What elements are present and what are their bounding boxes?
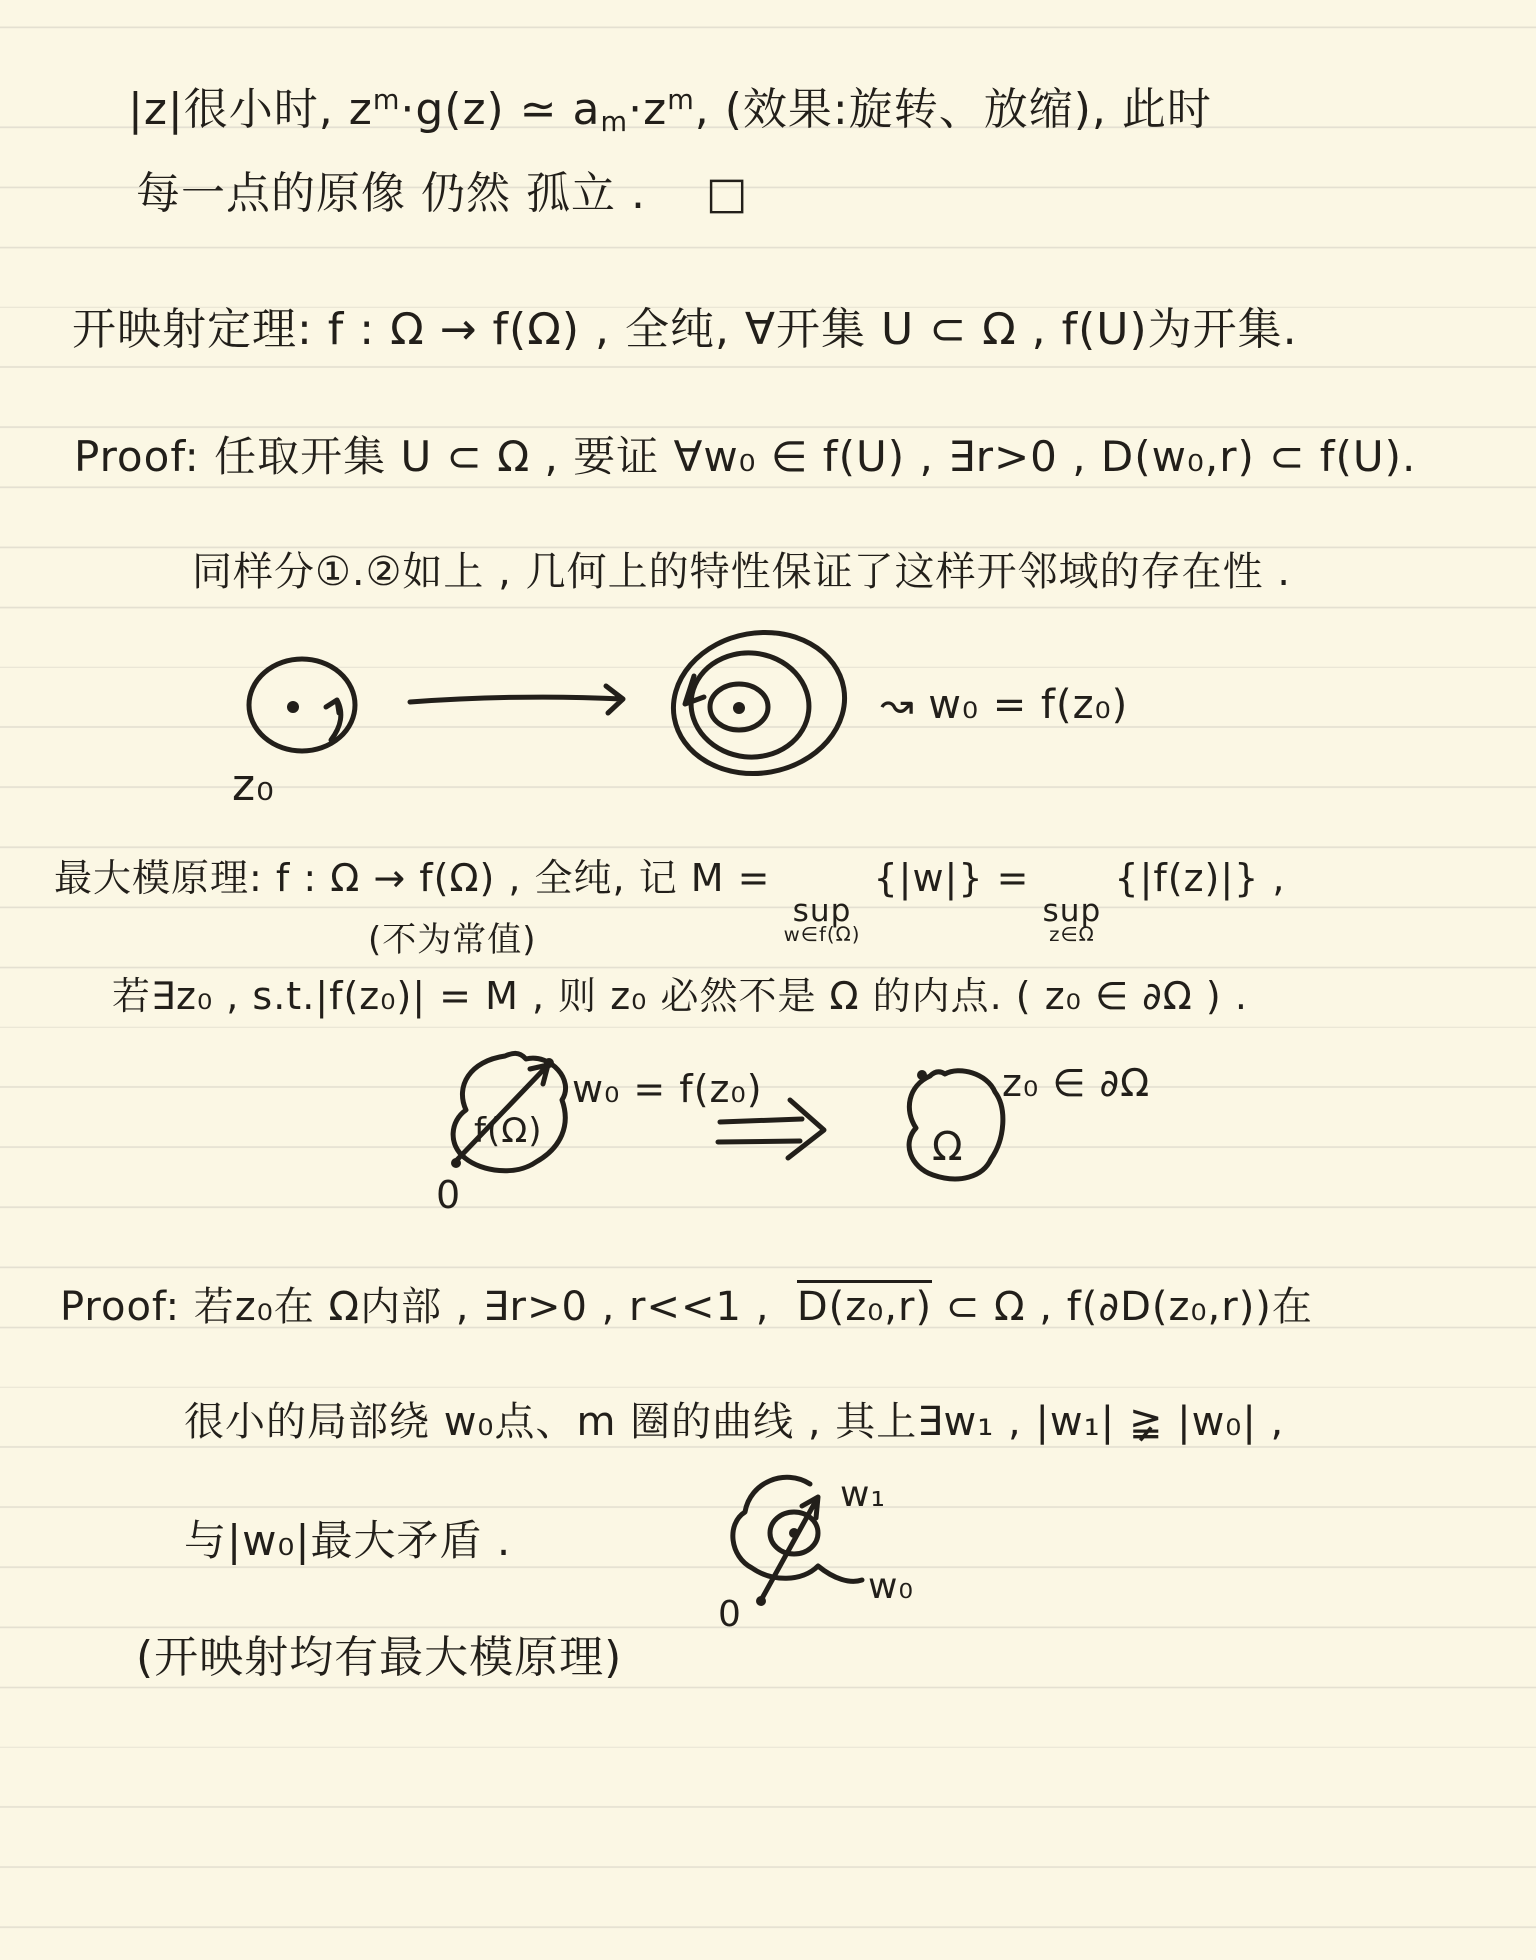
w1-label: w₁ (840, 1474, 886, 1515)
stack-bottom: z∈Ω (1049, 926, 1095, 945)
stack-top: sup (793, 897, 852, 927)
note-line-9: 很小的局部绕 w₀点、m 圈的曲线 , 其上∃w₁ , |w₁| ≩ |w₀| … (184, 1400, 1284, 1444)
origin-point (756, 1596, 766, 1606)
text-segment: {|f(z)|} , (1101, 856, 1285, 900)
stack-top: sup (1043, 897, 1102, 927)
text-segment: |z|很小时, z (128, 84, 373, 135)
w0-label: w₀ (868, 1566, 914, 1607)
z0-label: z₀ (232, 760, 275, 811)
note-line-11: (开映射均有最大模原理) (136, 1634, 622, 1682)
text-segment: (开映射均有最大模原理) (136, 1632, 622, 1683)
figure-winding-curve: 0 w₁ w₀ (690, 1462, 1030, 1642)
z0-in-boundary-label: z₀ ∈ ∂Ω (1002, 1061, 1150, 1105)
z0-point (287, 701, 299, 713)
note-line-7: 若∃z₀ , s.t.|f(z₀)| = M , 则 z₀ 必然不是 Ω 的内点… (112, 976, 1248, 1018)
text-segment: {|w|} = (860, 856, 1042, 900)
note-line-1: |z|很小时, zm·g(z) ≃ am·zm, (效果:旋转、放缩), 此时 (128, 86, 1212, 138)
text-segment: (不为常值) (368, 920, 537, 960)
text-segment: 每一点的原像 仍然 孤立 . □ (136, 168, 748, 219)
text-segment: ⊂ Ω , f(∂D(z₀,r))在 (932, 1284, 1313, 1330)
note-line-3: 开映射定理: f : Ω → f(Ω) , 全纯, ∀开集 U ⊂ Ω , f(… (72, 306, 1298, 354)
note-line-8: Proof: 若z₀在 Ω内部 , ∃r>0 , r<<1 , D(z₀,r) … (60, 1280, 1313, 1329)
text-segment: Proof: 任取开集 U ⊂ Ω , 要证 ∀w₀ ∈ f(U) , ∃r>0… (74, 432, 1416, 481)
origin-label: 0 (718, 1594, 742, 1635)
w0-boundary-point (544, 1058, 554, 1068)
z0-boundary-point (917, 1070, 927, 1080)
text-segment: ·z (628, 84, 667, 135)
image-middle-loop (686, 647, 814, 763)
text-segment: m (373, 85, 401, 116)
text-segment: m (667, 85, 695, 116)
text-segment: 与|w₀|最大矛盾 . (184, 1516, 511, 1565)
omega-label: Ω (932, 1124, 964, 1170)
text-segment: D(z₀,r) (797, 1280, 932, 1327)
text-segment: 同样分①.②如上 , 几何上的特性保证了这样开邻域的存在性 . (192, 549, 1291, 595)
note-line-4: Proof: 任取开集 U ⊂ Ω , 要证 ∀w₀ ∈ f(U) , ∃r>0… (74, 434, 1416, 480)
figure-max-modulus: f(Ω) 0 w₀ = f(z₀) Ω z₀ ∈ ∂Ω (430, 1040, 1230, 1230)
w0-equals-fz0-label: ↝ w₀ = f(z₀) (880, 682, 1128, 728)
w0-equals-fz0-label: w₀ = f(z₀) (572, 1067, 763, 1111)
text-segment: , (效果:旋转、放缩), 此时 (695, 84, 1212, 135)
note-line-10: 与|w₀|最大矛盾 . (184, 1518, 511, 1564)
note-line-5: 同样分①.②如上 , 几何上的特性保证了这样开邻域的存在性 . (192, 550, 1291, 594)
text-segment: supw∈f(Ω) (784, 897, 861, 945)
text-segment: m (601, 107, 629, 138)
notebook-page: { "palette": { "paper": "#FBF7E4", "rule… (0, 0, 1536, 1960)
text-segment: 若∃z₀ , s.t.|f(z₀)| = M , 则 z₀ 必然不是 Ω 的内点… (112, 974, 1248, 1018)
stack-bottom: w∈f(Ω) (784, 926, 861, 945)
text-segment: supz∈Ω (1043, 897, 1102, 945)
text-segment: 最大模原理: f : Ω → f(Ω) , 全纯, 记 M = (54, 856, 784, 900)
origin-point (451, 1158, 461, 1168)
disk-orientation-arrow-icon (326, 700, 341, 740)
origin-label: 0 (436, 1173, 461, 1217)
w0-point (733, 702, 745, 714)
note-line-6b: (不为常值) (368, 922, 537, 959)
text-segment: 开映射定理: f : Ω → f(Ω) , 全纯, ∀开集 U ⊂ Ω , f(… (72, 304, 1298, 355)
figure-open-mapping: z₀ ↝ w₀ = f(z₀) (180, 628, 1380, 818)
map-arrow (410, 686, 623, 713)
note-line-2: 每一点的原像 仍然 孤立 . □ (136, 170, 748, 218)
note-line-6: 最大模原理: f : Ω → f(Ω) , 全纯, 记 M = supw∈f(Ω… (54, 858, 1285, 945)
text-segment: 很小的局部绕 w₀点、m 圈的曲线 , 其上∃w₁ , |w₁| ≩ |w₀| … (184, 1399, 1284, 1445)
text-segment: ·g(z) ≃ a (400, 84, 600, 135)
text-segment: Proof: 若z₀在 Ω内部 , ∃r>0 , r<<1 , (60, 1284, 797, 1330)
